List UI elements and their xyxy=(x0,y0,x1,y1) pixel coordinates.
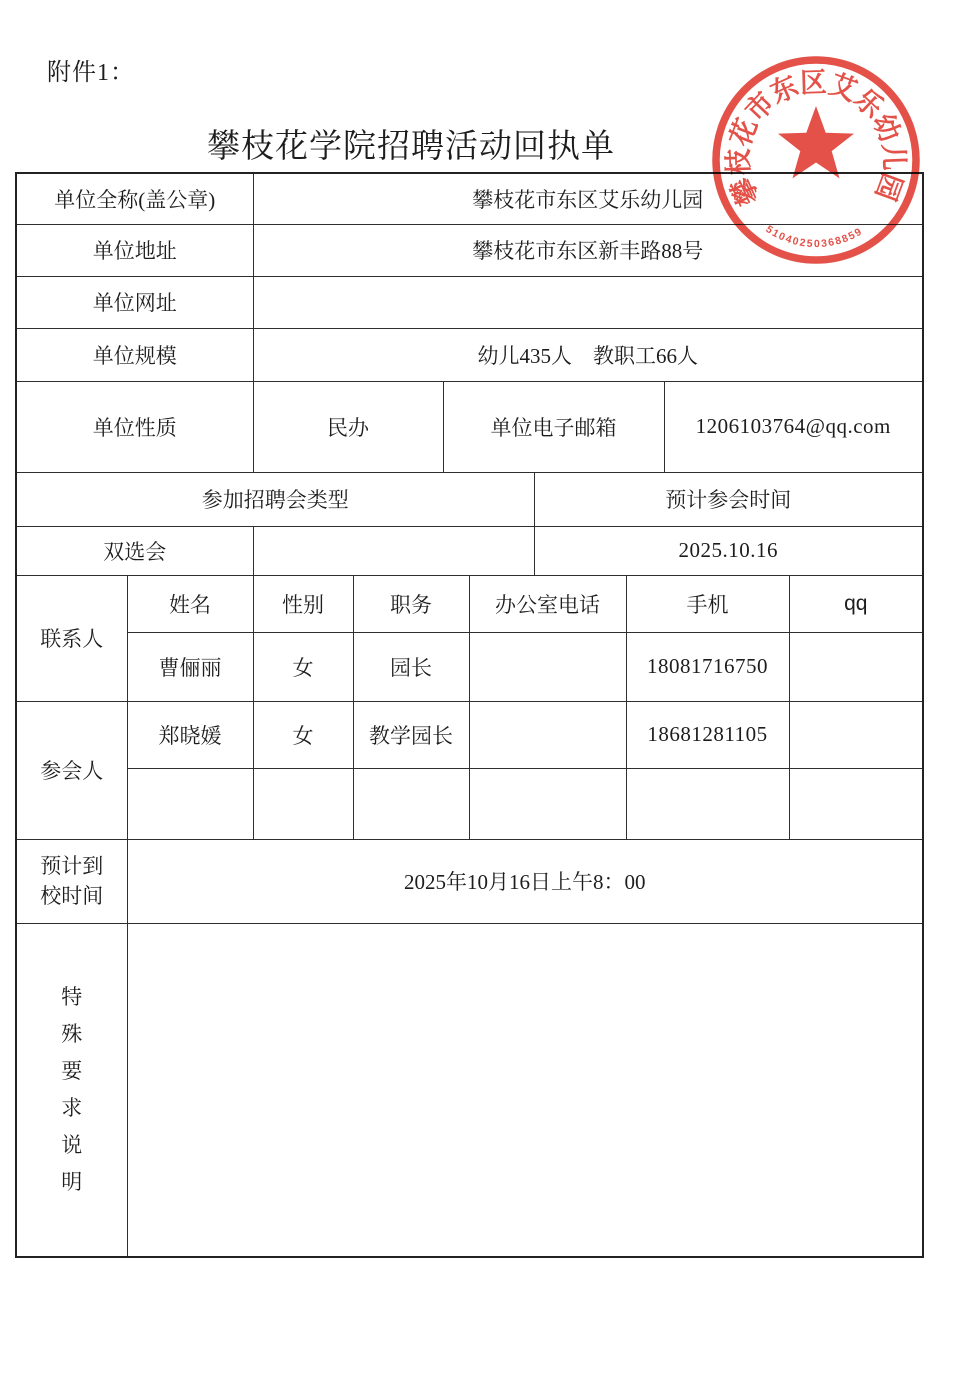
attendee-office-phone xyxy=(469,768,626,839)
unit-website-value xyxy=(253,276,923,328)
header-qq: qq xyxy=(789,575,923,632)
attendee-mobile: 18681281105 xyxy=(626,701,789,768)
attendee-gender xyxy=(253,768,353,839)
attendee-office-phone xyxy=(469,701,626,768)
fair-type-empty-cell xyxy=(253,526,534,575)
arrival-time-label: 预计到 校时间 xyxy=(16,839,127,923)
attendee-gender: 女 xyxy=(253,701,353,768)
attendee-row xyxy=(16,768,923,839)
unit-type-label: 单位性质 xyxy=(16,381,253,472)
unit-email-label: 单位电子邮箱 xyxy=(443,381,664,472)
header-position: 职务 xyxy=(353,575,469,632)
meeting-time-label: 预计参会时间 xyxy=(534,472,923,526)
unit-email-value: 1206103764@qq.com xyxy=(664,381,923,472)
unit-name-label: 单位全称(盖公章) xyxy=(16,173,253,224)
contact-office-phone xyxy=(469,632,626,701)
header-name: 姓名 xyxy=(127,575,253,632)
arrival-time-value: 2025年10月16日上午8：00 xyxy=(127,839,923,923)
contact-row: 曹俪丽 女 园长 18081716750 xyxy=(16,632,923,701)
row-arrival-time: 预计到 校时间 2025年10月16日上午8：00 xyxy=(16,839,923,923)
unit-website-label: 单位网址 xyxy=(16,276,253,328)
row-fair-header: 参加招聘会类型 预计参会时间 xyxy=(16,472,923,526)
contact-qq xyxy=(789,632,923,701)
row-unit-scale: 单位规模 幼儿435人 教职工66人 xyxy=(16,328,923,381)
contact-position: 园长 xyxy=(353,632,469,701)
special-notes-value xyxy=(127,923,923,1257)
attendee-name xyxy=(127,768,253,839)
attendee-mobile xyxy=(626,768,789,839)
attendee-position xyxy=(353,768,469,839)
unit-type-value: 民办 xyxy=(253,381,443,472)
fair-type-label: 参加招聘会类型 xyxy=(16,472,534,526)
unit-address-label: 单位地址 xyxy=(16,224,253,276)
attendee-row: 参会人 郑晓媛 女 教学园长 18681281105 xyxy=(16,701,923,768)
attendee-group-label: 参会人 xyxy=(16,701,127,839)
special-notes-label: 特 殊 要 求 说 明 xyxy=(16,923,127,1257)
attendee-qq xyxy=(789,768,923,839)
row-unit-address: 单位地址 攀枝花市东区新丰路88号 xyxy=(16,224,923,276)
row-special-notes: 特 殊 要 求 说 明 xyxy=(16,923,923,1257)
header-gender: 性别 xyxy=(253,575,353,632)
unit-scale-value: 幼儿435人 教职工66人 xyxy=(253,328,923,381)
attendee-name: 郑晓媛 xyxy=(127,701,253,768)
unit-name-value: 攀枝花市东区艾乐幼儿园 xyxy=(253,173,923,224)
attendee-position: 教学园长 xyxy=(353,701,469,768)
row-unit-type-email: 单位性质 民办 单位电子邮箱 1206103764@qq.com xyxy=(16,381,923,472)
row-people-header: 联系人 姓名 性别 职务 办公室电话 手机 qq xyxy=(16,575,923,632)
row-fair-value: 双选会 2025.10.16 xyxy=(16,526,923,575)
attachment-label: 附件1： xyxy=(47,52,135,87)
row-unit-name: 单位全称(盖公章) 攀枝花市东区艾乐幼儿园 xyxy=(16,173,923,224)
row-unit-website: 单位网址 xyxy=(16,276,923,328)
contact-name: 曹俪丽 xyxy=(127,632,253,701)
attendee-qq xyxy=(789,701,923,768)
fair-type-value: 双选会 xyxy=(16,526,253,575)
header-office-phone: 办公室电话 xyxy=(469,575,626,632)
receipt-form-table: 单位全称(盖公章) 攀枝花市东区艾乐幼儿园 单位地址 攀枝花市东区新丰路88号 … xyxy=(15,172,924,1258)
meeting-time-value: 2025.10.16 xyxy=(534,526,923,575)
unit-address-value: 攀枝花市东区新丰路88号 xyxy=(253,224,923,276)
contact-gender: 女 xyxy=(253,632,353,701)
contact-group-label: 联系人 xyxy=(16,575,127,701)
unit-scale-label: 单位规模 xyxy=(16,328,253,381)
header-mobile: 手机 xyxy=(626,575,789,632)
contact-mobile: 18081716750 xyxy=(626,632,789,701)
page-title: 攀枝花学院招聘活动回执单 xyxy=(15,120,807,167)
